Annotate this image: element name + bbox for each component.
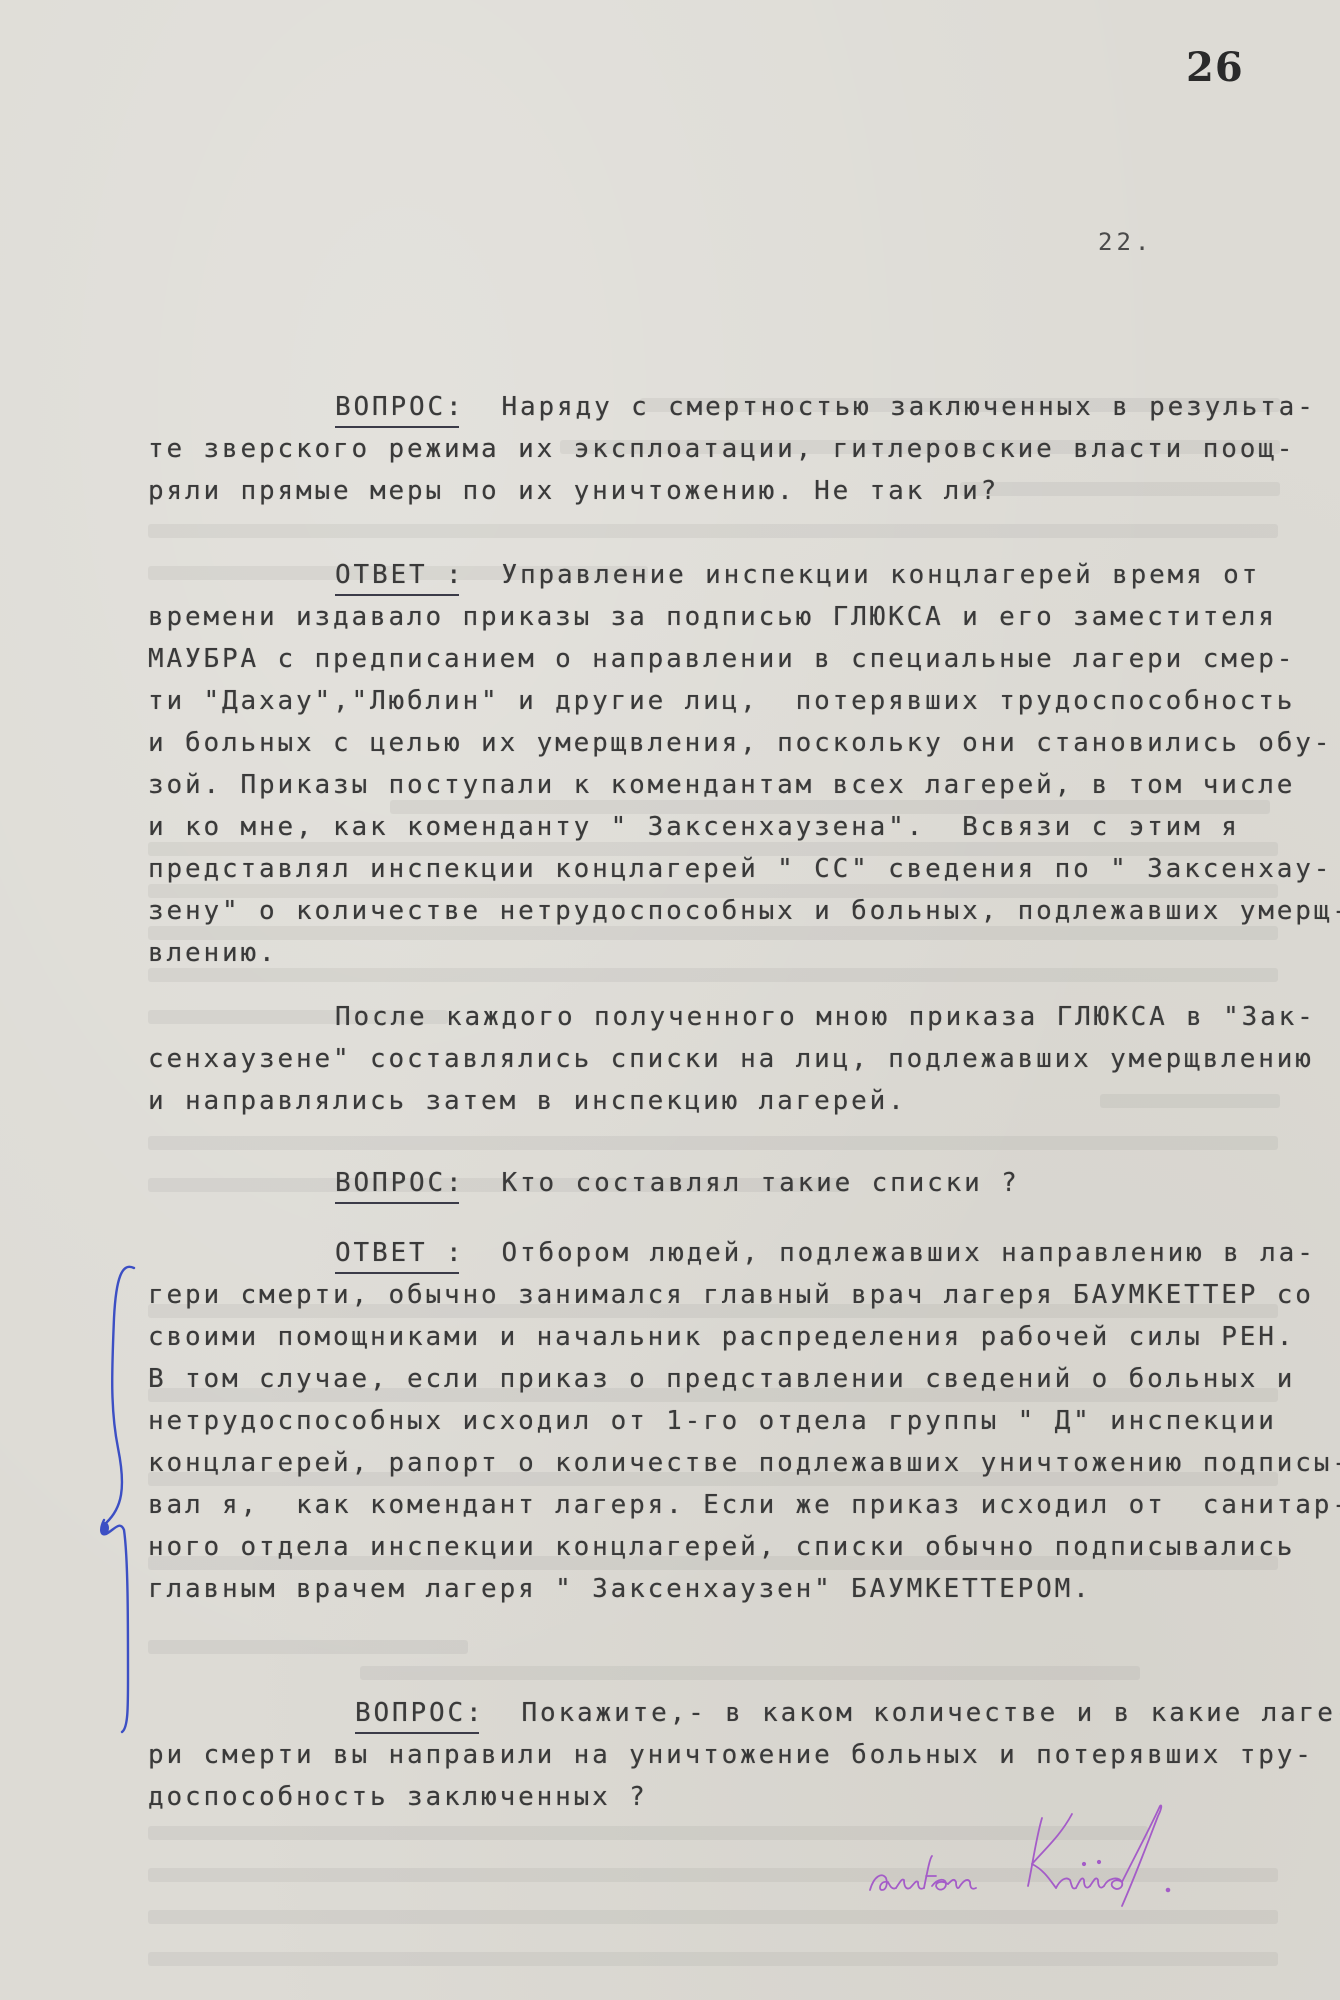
answer-line: своими помощниками и начальник распредел… [148, 1322, 1295, 1352]
answer-line: ного отдела инспекции концлагерей, списк… [148, 1532, 1295, 1562]
paragraph-line: После каждого полученного мною приказа Г… [335, 1002, 1316, 1032]
question-label: ВОПРОС: [335, 1168, 465, 1198]
question-line: ри смерти вы направили на уничтожение бо… [148, 1740, 1314, 1770]
question-line: те зверского режима их эксплоатации, гит… [148, 434, 1295, 464]
answer-line: МАУБРА с предписанием о направлении в сп… [148, 644, 1295, 674]
document-page: 26 22. ВОПРОС: Наряду с смертностью закл… [0, 0, 1340, 2000]
answer-line: ОТВЕТ : Отбором людей, подлежавших напра… [335, 1238, 1316, 1268]
question-line: ВОПРОС: Наряду с смертностью заключенных… [335, 392, 1316, 422]
answer-line: представлял инспекции концлагерей " СС" … [148, 854, 1332, 884]
page-number: 22. [1098, 228, 1153, 256]
answer-line: В том случае, если приказ о представлени… [148, 1364, 1295, 1394]
question-line: ряли прямые меры по их уничтожению. Не т… [148, 476, 999, 506]
answer-line: вал я, как комендант лагеря. Если же при… [148, 1490, 1340, 1520]
margin-bracket-mark [88, 1258, 148, 1738]
answer-line: и ко мне, как коменданту " Заксенхаузена… [148, 812, 1240, 842]
answer-line: нетрудоспособных исходил от 1-го отдела … [148, 1406, 1277, 1436]
question-label: ВОПРОС: [335, 392, 465, 422]
question-line: ВОПРОС: Кто составлял такие списки ? [335, 1168, 1020, 1198]
archive-folio-number: 26 [1186, 44, 1244, 91]
answer-label: ОТВЕТ : [335, 560, 465, 590]
answer-line: времени издавало приказы за подписью ГЛЮ… [148, 602, 1277, 632]
signature: Anton Kaindl [860, 1798, 1280, 1908]
answer-line: и больных с целью их умерщвления, поскол… [148, 728, 1332, 758]
question-line: доспособность заключенных ? [148, 1782, 648, 1812]
answer-line: ти "Дахау","Люблин" и другие лиц, потеря… [148, 686, 1295, 716]
answer-line: зой. Приказы поступали к комендантам все… [148, 770, 1295, 800]
question-line: ВОПРОС: Покажите,- в каком количестве и … [355, 1698, 1340, 1728]
answer-line: влению. [148, 938, 278, 968]
answer-line: зену" о количестве нетрудоспособных и бо… [148, 896, 1340, 926]
paragraph-line: сенхаузене" составлялись списки на лиц, … [148, 1044, 1314, 1074]
answer-line: ОТВЕТ : Управление инспекции концлагерей… [335, 560, 1260, 590]
answer-line: концлагерей, рапорт о количестве подлежа… [148, 1448, 1340, 1478]
answer-line: главным врачем лагеря " Заксенхаузен" БА… [148, 1574, 1092, 1604]
paragraph-line: и направлялись затем в инспекцию лагерей… [148, 1086, 907, 1116]
question-label: ВОПРОС: [355, 1698, 485, 1728]
answer-line: гери смерти, обычно занимался главный вр… [148, 1280, 1314, 1310]
answer-label: ОТВЕТ : [335, 1238, 465, 1268]
